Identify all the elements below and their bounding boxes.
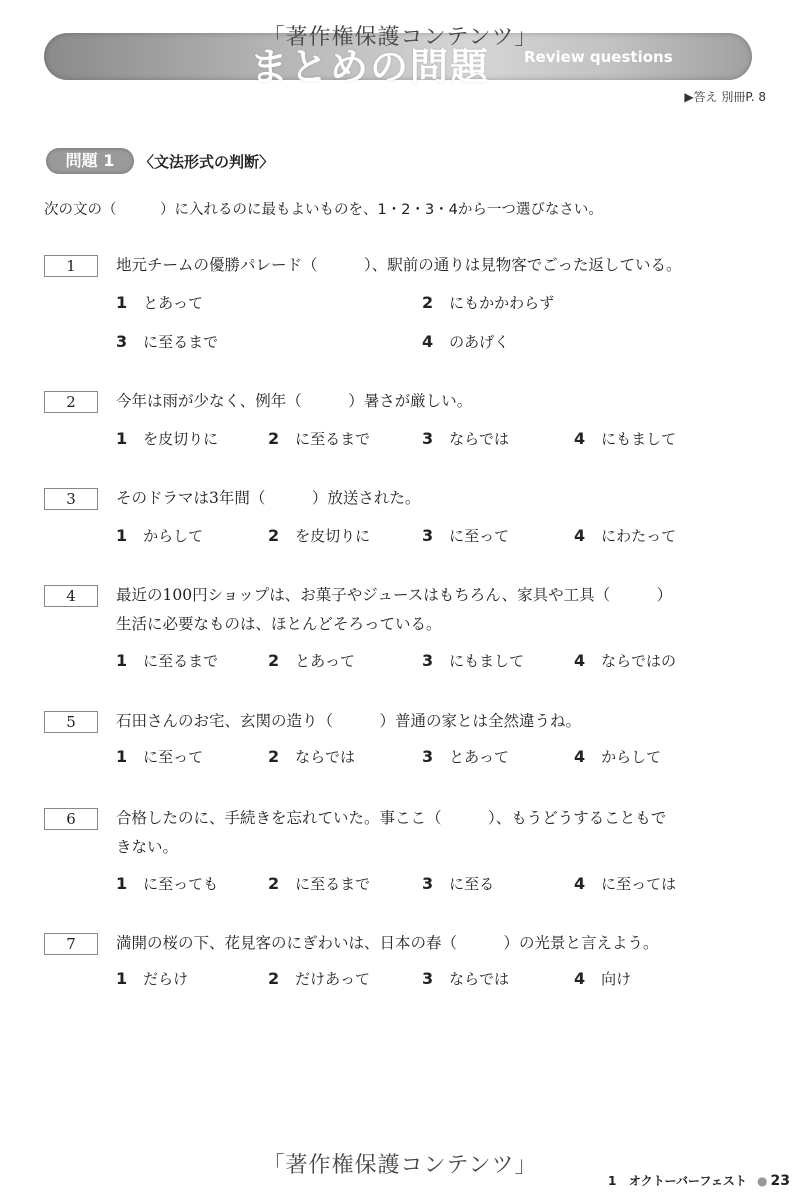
question-text-line-2: きない。 (116, 832, 736, 862)
question-number: 4 (44, 585, 98, 607)
option-1[interactable]: 1からして (116, 525, 203, 546)
question-number: 6 (44, 808, 98, 830)
option-3[interactable]: 3ならでは (422, 428, 509, 449)
option-1[interactable]: 1だらけ (116, 968, 188, 989)
question-number: 1 (44, 255, 98, 277)
option-1[interactable]: 1に至っても (116, 873, 218, 894)
option-4[interactable]: 4のあげく (422, 331, 509, 352)
option-3[interactable]: 3にもまして (422, 650, 524, 671)
option-2[interactable]: 2に至るまで (268, 873, 370, 894)
watermark-top: 「著作権保護コンテンツ」 (0, 20, 800, 51)
option-3[interactable]: 3に至るまで (116, 331, 218, 352)
option-1[interactable]: 1に至るまで (116, 650, 218, 671)
option-2[interactable]: 2だけあって (268, 968, 370, 989)
question-text: 地元チームの優勝パレード（ ）、駅前の通りは見物客でごった返している。 (116, 250, 736, 280)
option-2[interactable]: 2ならでは (268, 746, 355, 767)
question-text: 石田さんのお宅、玄関の造り（ ）普通の家とは全然違うね。 (116, 706, 736, 736)
question-number: 3 (44, 488, 98, 510)
watermark-bottom: 「著作権保護コンテンツ」 (0, 1148, 800, 1179)
question-text: そのドラマは3年間（ ）放送された。 (116, 483, 736, 513)
option-2[interactable]: 2に至るまで (268, 428, 370, 449)
option-1[interactable]: 1とあって (116, 292, 203, 313)
option-4[interactable]: 4にもまして (574, 428, 676, 449)
option-4[interactable]: 4に至っては (574, 873, 676, 894)
option-3[interactable]: 3に至って (422, 525, 509, 546)
question-number: 5 (44, 711, 98, 733)
option-3[interactable]: 3に至る (422, 873, 494, 894)
answer-reference: ▶答え 別冊P. 8 (684, 88, 766, 105)
option-2[interactable]: 2とあって (268, 650, 355, 671)
option-4[interactable]: 4からして (574, 746, 661, 767)
question-text-line-1: 最近の100円ショップは、お菓子やジュースはもちろん、家具や工具（ ） (116, 580, 736, 610)
question-text-line-2: 生活に必要なものは、ほとんどそろっている。 (116, 609, 736, 639)
option-2[interactable]: 2を皮切りに (268, 525, 370, 546)
instructions: 次の文の（ ）に入れるのに最もよいものを、1・2・3・4から一つ選びなさい。 (44, 198, 603, 219)
option-2[interactable]: 2にもかかわらず (422, 292, 554, 313)
section-chip: 問題 1 (46, 148, 134, 174)
question-text: 今年は雨が少なく、例年（ ）暑さが厳しい。 (116, 386, 736, 416)
option-4[interactable]: 4ならではの (574, 650, 676, 671)
option-4[interactable]: 4向け (574, 968, 631, 989)
option-1[interactable]: 1に至って (116, 746, 203, 767)
question-text: 満開の桜の下、花見客のにぎわいは、日本の春（ ）の光景と言えよう。 (116, 928, 736, 958)
question-number: 7 (44, 933, 98, 955)
option-3[interactable]: 3ならでは (422, 968, 509, 989)
section-title: 〈文法形式の判断〉 (139, 151, 274, 172)
question-text-line-1: 合格したのに、手続きを忘れていた。事ここ（ ）、もうどうすることもで (116, 803, 736, 833)
option-3[interactable]: 3とあって (422, 746, 509, 767)
option-4[interactable]: 4にわたって (574, 525, 676, 546)
option-1[interactable]: 1を皮切りに (116, 428, 218, 449)
question-number: 2 (44, 391, 98, 413)
